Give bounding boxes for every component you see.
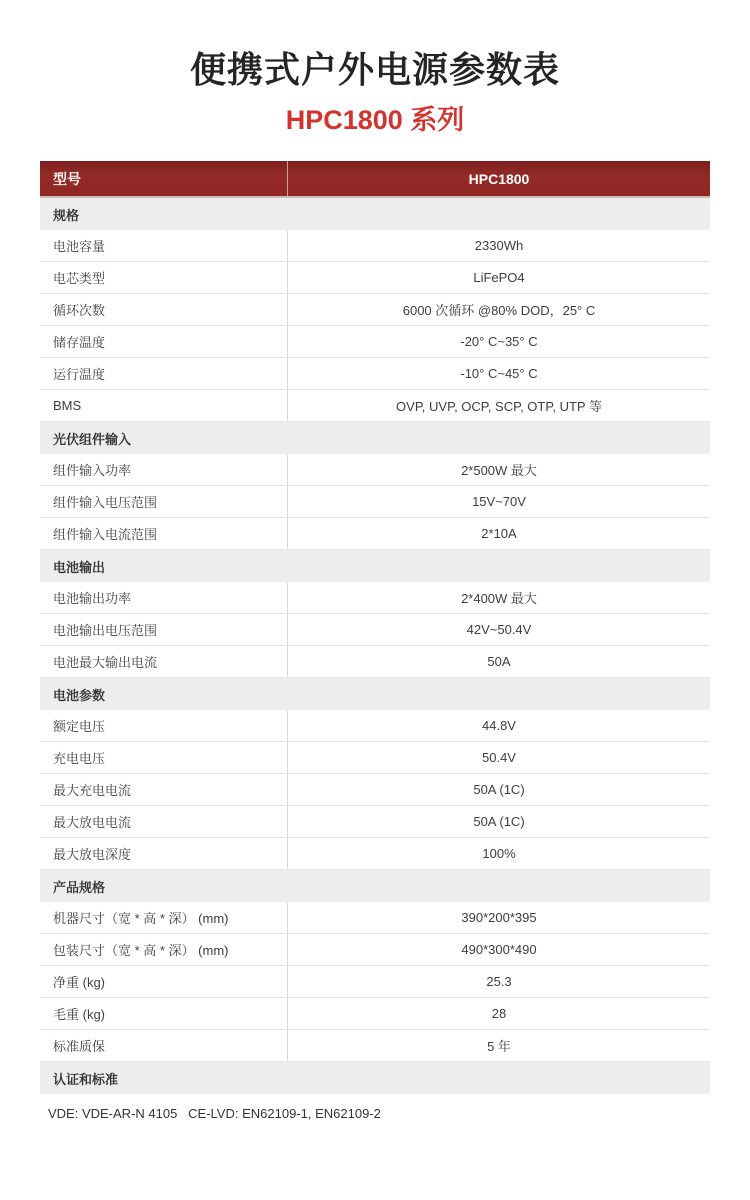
spec-row: 电池输出功率2*400W 最大 xyxy=(40,582,710,614)
spec-value: OVP, UVP, OCP, SCP, OTP, UTP 等 xyxy=(288,390,710,421)
spec-label: 最大放电深度 xyxy=(40,838,288,869)
spec-value: 490*300*490 xyxy=(288,934,710,965)
spec-row: 电池最大输出电流50A xyxy=(40,646,710,678)
spec-row: 最大放电电流50A (1C) xyxy=(40,806,710,838)
spec-value: 50A (1C) xyxy=(288,806,710,837)
spec-value: 44.8V xyxy=(288,710,710,741)
spec-value: 390*200*395 xyxy=(288,902,710,933)
spec-value: -10° C~45° C xyxy=(288,358,710,389)
section-label: 规格 xyxy=(53,205,79,224)
header-model-label: 型号 xyxy=(40,161,288,196)
spec-label: 储存温度 xyxy=(40,326,288,357)
spec-row: 组件输入电压范围15V~70V xyxy=(40,486,710,518)
spec-value: 5 年 xyxy=(288,1030,710,1061)
spec-value: 100% xyxy=(288,838,710,869)
spec-row: 电芯类型LiFePO4 xyxy=(40,262,710,294)
spec-label: 毛重 (kg) xyxy=(40,998,288,1029)
spec-value: 2330Wh xyxy=(288,230,710,261)
spec-value: 50A xyxy=(288,646,710,677)
spec-label: 标准质保 xyxy=(40,1030,288,1061)
spec-value: 28 xyxy=(288,998,710,1029)
table-body: 规格电池容量2330Wh电芯类型LiFePO4循环次数6000 次循环 @80%… xyxy=(40,198,710,1132)
spec-label: 额定电压 xyxy=(40,710,288,741)
spec-value: 42V~50.4V xyxy=(288,614,710,645)
section-row: 规格 xyxy=(40,198,710,230)
spec-row: 电池输出电压范围42V~50.4V xyxy=(40,614,710,646)
spec-table: 型号 HPC1800 规格电池容量2330Wh电芯类型LiFePO4循环次数60… xyxy=(40,161,710,1132)
section-row: 电池参数 xyxy=(40,678,710,710)
section-row: 光伏组件输入 xyxy=(40,422,710,454)
spec-label: 组件输入电流范围 xyxy=(40,518,288,549)
section-row: 认证和标准 xyxy=(40,1062,710,1094)
spec-row: 机器尺寸（宽 * 高 * 深） (mm)390*200*395 xyxy=(40,902,710,934)
spec-row: 最大充电电流50A (1C) xyxy=(40,774,710,806)
section-label: 产品规格 xyxy=(53,877,105,896)
spec-label: 最大放电电流 xyxy=(40,806,288,837)
spec-value: 6000 次循环 @80% DOD，25° C xyxy=(288,294,710,325)
spec-value: 2*500W 最大 xyxy=(288,454,710,485)
spec-row: BMSOVP, UVP, OCP, SCP, OTP, UTP 等 xyxy=(40,390,710,422)
header-model-value: HPC1800 xyxy=(288,161,710,196)
spec-row: 电池容量2330Wh xyxy=(40,230,710,262)
spec-label: 组件输入电压范围 xyxy=(40,486,288,517)
spec-label: 净重 (kg) xyxy=(40,966,288,997)
spec-value: 15V~70V xyxy=(288,486,710,517)
spec-label: 电芯类型 xyxy=(40,262,288,293)
spec-label: 电池输出功率 xyxy=(40,582,288,613)
page-title: 便携式户外电源参数表 xyxy=(0,0,750,92)
spec-label: BMS xyxy=(40,390,288,421)
certification-text: VDE: VDE-AR-N 4105 CE-LVD: EN62109-1, EN… xyxy=(48,1106,381,1121)
spec-row: 充电电压50.4V xyxy=(40,742,710,774)
spec-label: 循环次数 xyxy=(40,294,288,325)
spec-label: 电池输出电压范围 xyxy=(40,614,288,645)
spec-label: 充电电压 xyxy=(40,742,288,773)
spec-row: 额定电压44.8V xyxy=(40,710,710,742)
spec-label: 包装尺寸（宽 * 高 * 深） (mm) xyxy=(40,934,288,965)
spec-row: 组件输入电流范围2*10A xyxy=(40,518,710,550)
spec-label: 电池容量 xyxy=(40,230,288,261)
table-header-row: 型号 HPC1800 xyxy=(40,161,710,198)
spec-value: 2*10A xyxy=(288,518,710,549)
spec-row: 毛重 (kg)28 xyxy=(40,998,710,1030)
spec-row: 组件输入功率2*500W 最大 xyxy=(40,454,710,486)
certification-footer-row: VDE: VDE-AR-N 4105 CE-LVD: EN62109-1, EN… xyxy=(40,1094,710,1132)
spec-row: 运行温度-10° C~45° C xyxy=(40,358,710,390)
section-label: 认证和标准 xyxy=(53,1069,118,1088)
spec-value: 25.3 xyxy=(288,966,710,997)
spec-row: 标准质保5 年 xyxy=(40,1030,710,1062)
spec-row: 最大放电深度100% xyxy=(40,838,710,870)
spec-label: 电池最大输出电流 xyxy=(40,646,288,677)
section-row: 产品规格 xyxy=(40,870,710,902)
section-label: 光伏组件输入 xyxy=(53,429,131,448)
page-subtitle: HPC1800 系列 xyxy=(0,92,750,136)
spec-row: 循环次数6000 次循环 @80% DOD，25° C xyxy=(40,294,710,326)
spec-value: 50A (1C) xyxy=(288,774,710,805)
spec-row: 储存温度-20° C~35° C xyxy=(40,326,710,358)
section-label: 电池参数 xyxy=(53,685,105,704)
spec-label: 运行温度 xyxy=(40,358,288,389)
spec-row: 包装尺寸（宽 * 高 * 深） (mm)490*300*490 xyxy=(40,934,710,966)
spec-label: 最大充电电流 xyxy=(40,774,288,805)
spec-value: -20° C~35° C xyxy=(288,326,710,357)
section-label: 电池输出 xyxy=(53,557,105,576)
spec-label: 机器尺寸（宽 * 高 * 深） (mm) xyxy=(40,902,288,933)
page: 便携式户外电源参数表 HPC1800 系列 型号 HPC1800 规格电池容量2… xyxy=(0,0,750,1200)
spec-value: 50.4V xyxy=(288,742,710,773)
spec-value: LiFePO4 xyxy=(288,262,710,293)
spec-value: 2*400W 最大 xyxy=(288,582,710,613)
spec-row: 净重 (kg)25.3 xyxy=(40,966,710,998)
section-row: 电池输出 xyxy=(40,550,710,582)
spec-label: 组件输入功率 xyxy=(40,454,288,485)
